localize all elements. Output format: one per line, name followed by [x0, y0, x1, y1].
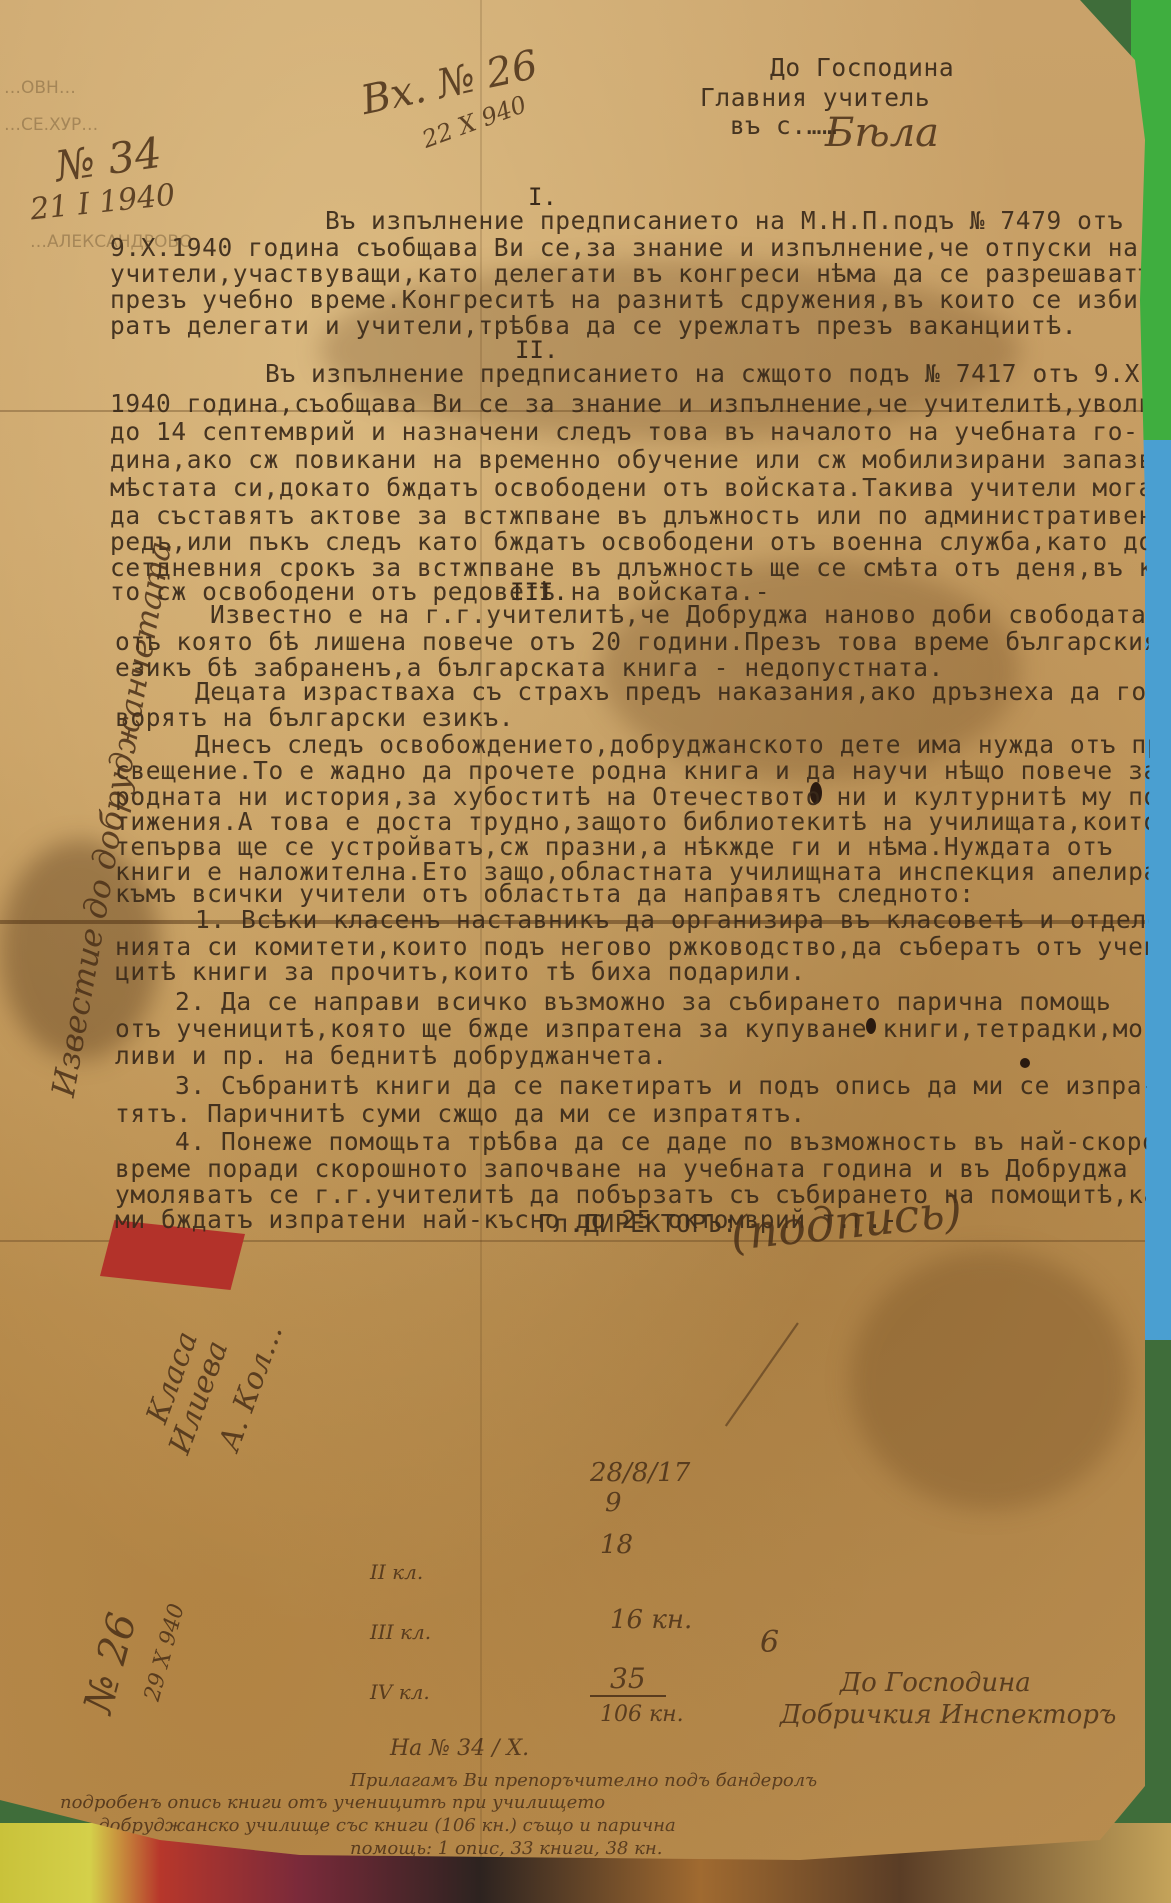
tally-value: 18	[600, 1530, 633, 1560]
reply-note-line: въ добруджанско училище със книги (106 к…	[70, 1815, 676, 1836]
reply-number: № 26	[75, 1608, 146, 1718]
reply-reference: На № 34 / X.	[390, 1736, 529, 1761]
text-line: мѣстата си,докато бждатъ освободени отъ …	[110, 476, 1171, 501]
stamp-line: …СЕ.ХУР…	[4, 115, 98, 135]
tally-value: 9	[605, 1488, 622, 1518]
reply-to-line: Добричкия Инспекторъ	[780, 1700, 1116, 1730]
tally-value: 28/8/17	[590, 1458, 690, 1488]
text-line: учители,участвуващи,като делегати въ кон…	[110, 262, 1154, 287]
tally-class: III кл.	[370, 1620, 431, 1644]
text-line: родната ни история,за хубоститѣ на Отече…	[115, 785, 1171, 810]
text-line: ворятъ на български езикъ.	[115, 706, 514, 731]
text-line: свещение.То е жадно да прочете родна кни…	[115, 759, 1159, 784]
text-line: време поради скорошното започване на уче…	[115, 1157, 1128, 1182]
resolution-note: ────────	[714, 1315, 810, 1435]
reply-date: 29 X 940	[140, 1601, 190, 1704]
tally-total: 106 кн.	[600, 1702, 684, 1727]
stain	[850, 1250, 1130, 1510]
signature-label: Гл.ДИРЕКТОРЪ:	[538, 1212, 738, 1237]
text-line: презъ учебно време.Конгреситѣ на разнитѣ…	[110, 288, 1154, 313]
registration-date: 21 I 1940	[29, 177, 177, 227]
text-line: тижения.А това е доста трудно,защото биб…	[115, 810, 1159, 835]
text-line: тепърва ще се устройватъ,сж празни,а нѣк…	[115, 835, 1113, 860]
text-line: нията си комитети,които подъ негово ржко…	[115, 935, 1171, 960]
tally-class: IV кл.	[370, 1680, 430, 1704]
list-item-1: 1. Всѣки класенъ наставникъ да организир…	[195, 908, 1171, 933]
hand-note: А. Кол…	[212, 1319, 290, 1455]
text-line: да съставятъ актове за встжпване въ длъж…	[110, 504, 1169, 529]
text-line: 9.X.1940 година съобщава Ви се,за знание…	[110, 236, 1138, 261]
reply-note-line: подробенъ опись книги отъ ученицитѣ при …	[60, 1792, 605, 1813]
text-line: Днесъ следъ освобождението,добруджанскот…	[195, 733, 1171, 758]
addressee-line: Главния учитель	[700, 86, 930, 111]
tally-class: II кл.	[370, 1560, 423, 1584]
text-line: цитѣ книги за прочитъ,които тѣ биха пода…	[115, 960, 806, 985]
addressee-line: въ с.……	[730, 114, 837, 139]
text-line: редъ,или пъкъ следъ като бждатъ освободе…	[110, 530, 1169, 555]
text-line: дина,ако сж повикани на временно обучени…	[110, 448, 1171, 473]
reply-note-line: помощь: 1 опис, 33 книги, 38 кн.	[350, 1838, 662, 1859]
reply-to-line: До Господина	[840, 1668, 1031, 1698]
tally-value: 35	[590, 1662, 666, 1697]
text-line: 1940 година,съобщава Ви се за знание и и…	[110, 392, 1171, 417]
addressee-line: До Господина	[770, 56, 954, 81]
stamp-line: …ОВН…	[4, 78, 76, 98]
text-line: тятъ. Паричнитѣ суми сжщо да ми се изпра…	[115, 1102, 806, 1127]
list-item-4: 4. Понеже помощьта трѣбва да се даде по …	[175, 1130, 1157, 1155]
text-line: Известно е на г.г.учителитѣ,че Добруджа …	[210, 603, 1171, 628]
text-line: Въ изпълнение предписанието на М.Н.П.под…	[325, 209, 1123, 234]
tally-value: 16 кн.	[610, 1605, 692, 1635]
text-line: отъ която бѣ лишена повече отъ 20 години…	[115, 630, 1171, 655]
ink-blot	[1020, 1058, 1030, 1068]
village-name: Бѣла	[825, 110, 939, 156]
list-item-3: 3. Събранитѣ книги да се пакетиратъ и по…	[175, 1074, 1157, 1099]
text-line: Въ изпълнение предписанието на сжщото по…	[265, 362, 1155, 387]
reply-note-line: Прилагамъ Ви препоръчително подъ бандеро…	[350, 1770, 817, 1791]
text-line: до 14 септемврий и назначени следъ това …	[110, 420, 1138, 445]
text-line: къмъ всички учители отъ областьта да нап…	[115, 882, 975, 907]
text-line: отъ ученицитѣ,която ще бжде изпратена за…	[115, 1017, 1159, 1042]
text-line: ливи и пр. на беднитѣ добруджанчета.	[115, 1044, 668, 1069]
document-page: …ОВН… …СЕ.ХУР… …АЛЕКСАНДРОВО № 34 21 I 1…	[0, 0, 1145, 1860]
tally-extra: 6	[760, 1625, 779, 1660]
text-line: Децата израстваха съ страхъ предъ наказа…	[195, 680, 1162, 705]
text-line: ратъ делегати и учители,трѣбва да се уре…	[110, 314, 1077, 339]
text-line: умоляватъ се г.г.учителитѣ да побързатъ …	[115, 1183, 1171, 1208]
list-item-2: 2. Да се направи всичко възможно за съби…	[175, 990, 1111, 1015]
